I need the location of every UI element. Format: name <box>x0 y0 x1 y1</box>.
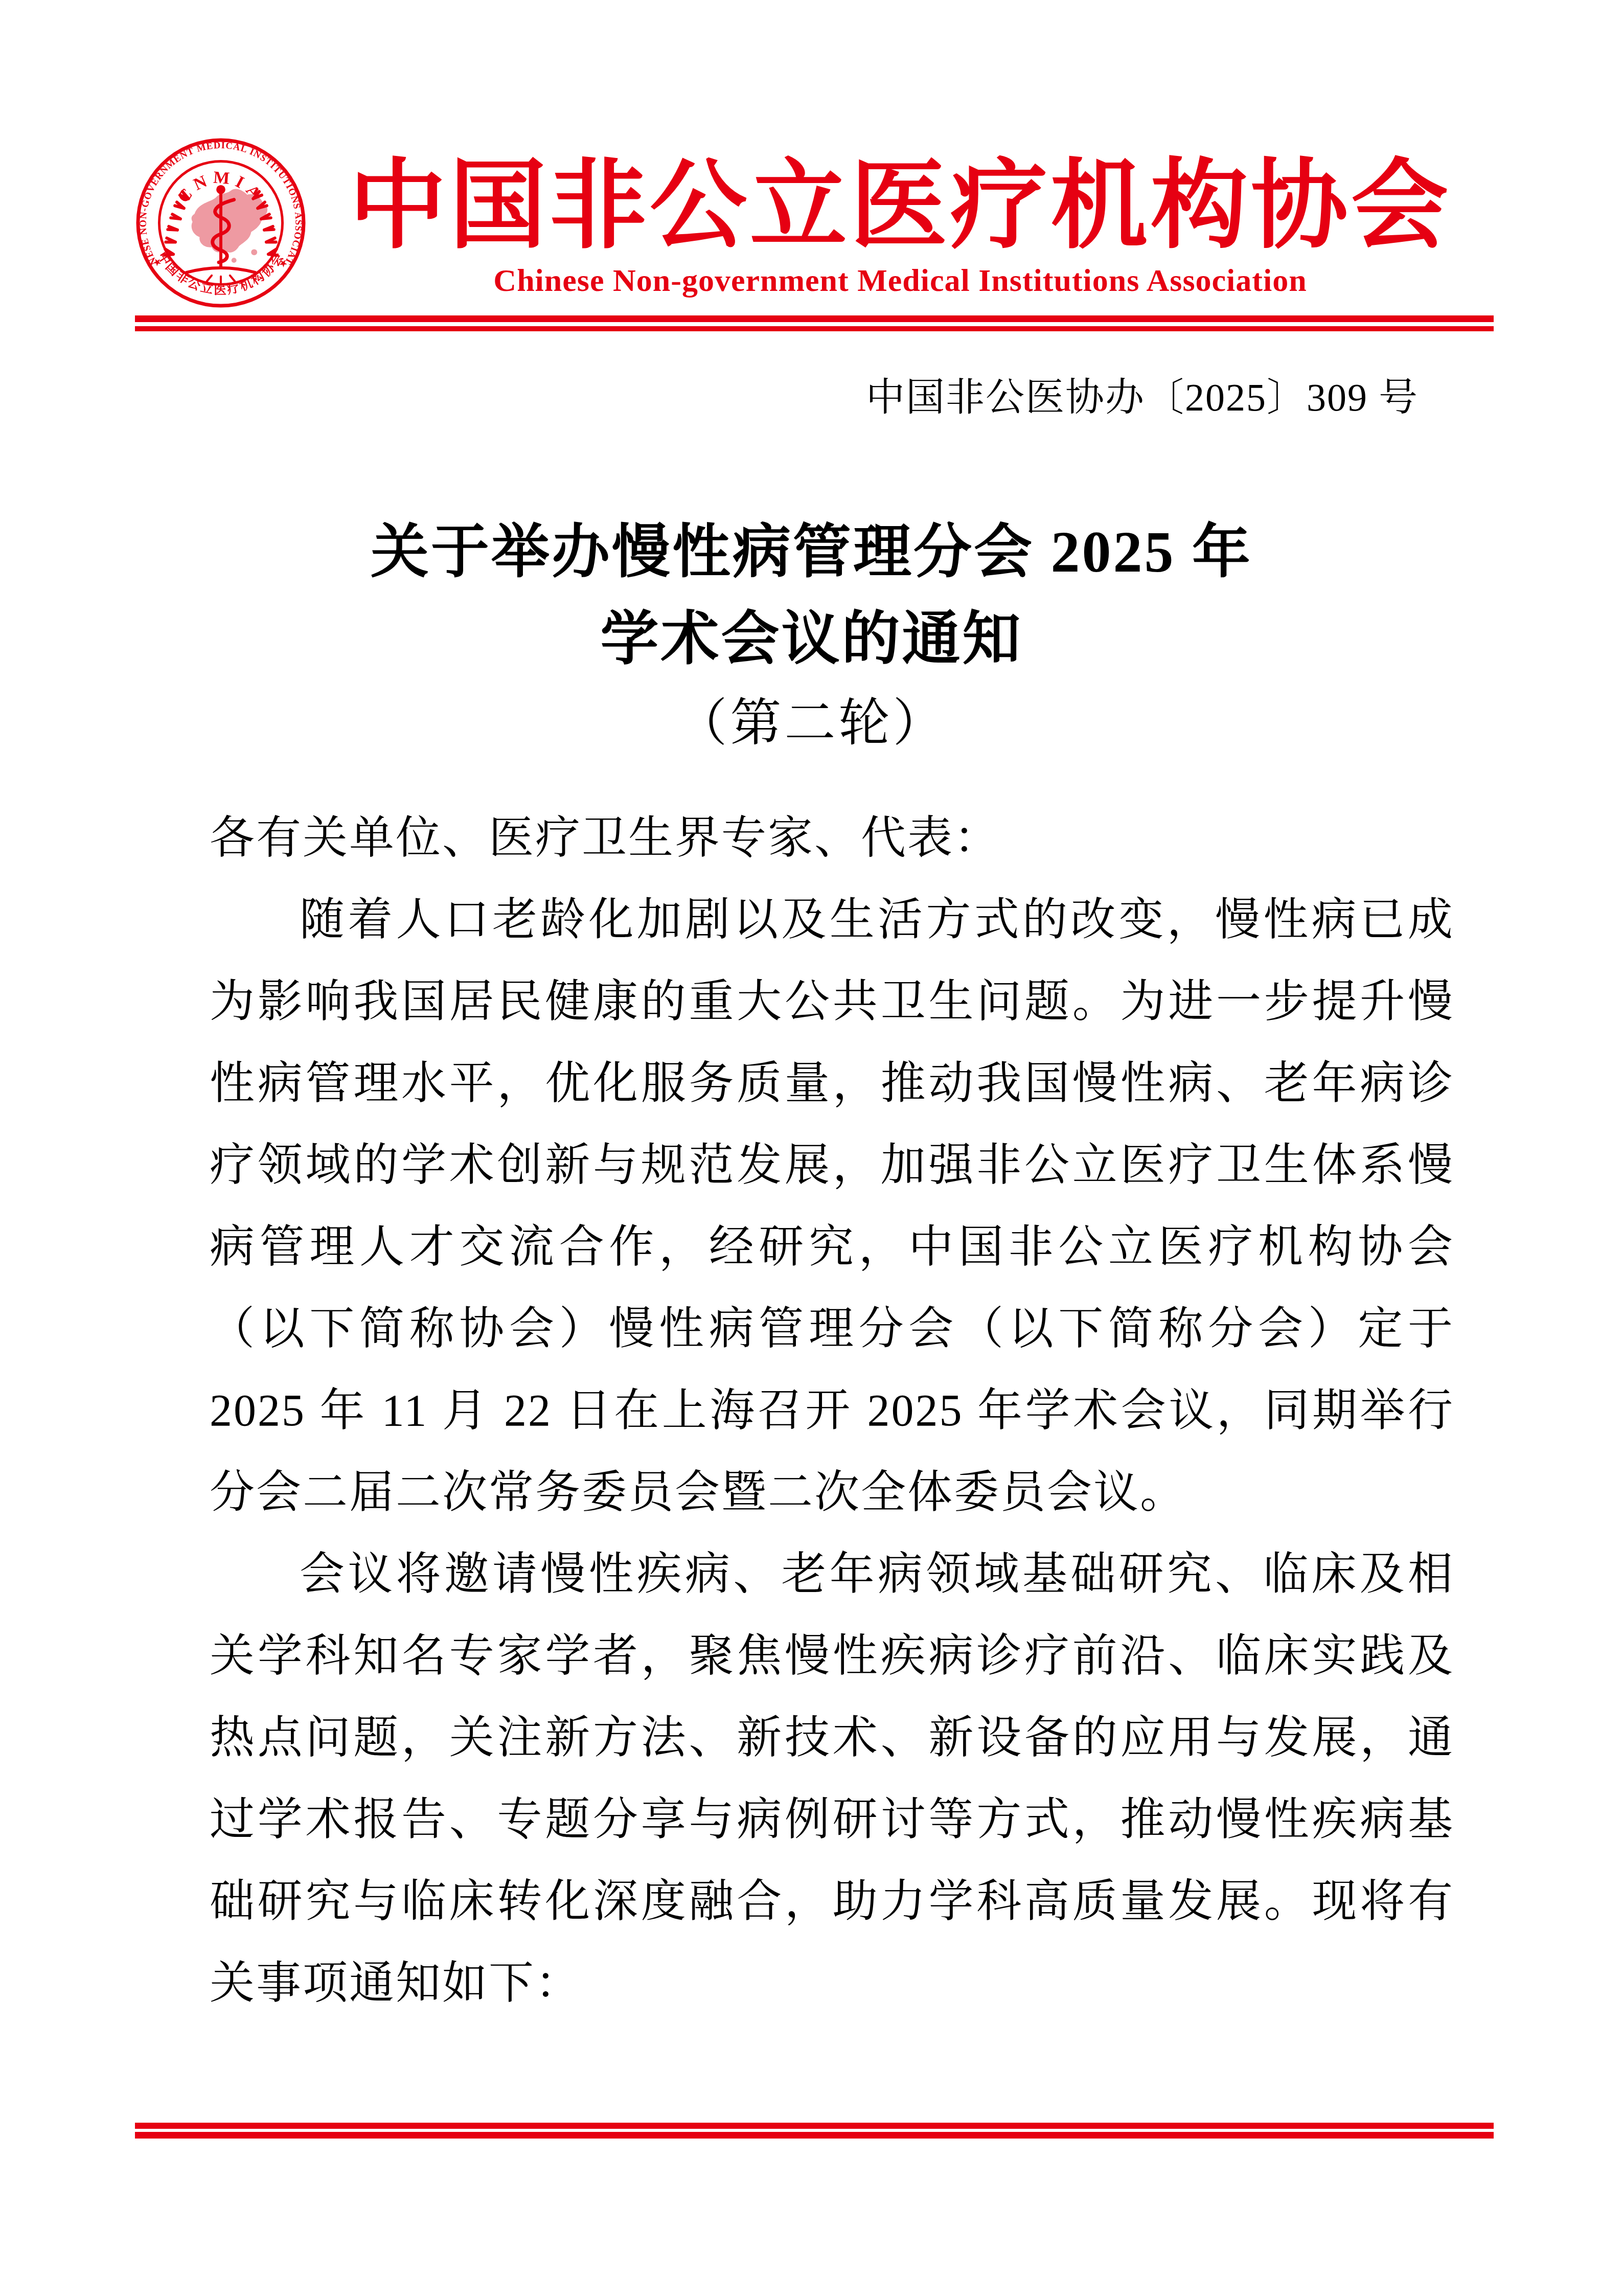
footer-rule-2 <box>135 2132 1494 2139</box>
notice-title: 关于举办慢性病管理分会 2025 年 学术会议的通知 （第二轮） <box>0 509 1623 764</box>
org-name-chinese: 中国非公立医疗机构协会 <box>307 155 1494 258</box>
notice-title-line1: 关于举办慢性病管理分会 2025 年 <box>0 509 1623 596</box>
notice-title-round-label: （第二轮） <box>0 683 1623 764</box>
association-seal-logo: CHINESE NON-GOVERNMENT MEDICAL INSTITUTI… <box>135 137 307 309</box>
org-name-english: Chinese Non-government Medical Instituti… <box>307 264 1494 298</box>
paragraph-2: 会议将邀请慢性疾病、老年病领域基础研究、临床及相关学科知名专家学者，聚焦慢性疾病… <box>210 1534 1454 2025</box>
seal-ground-line <box>187 268 255 272</box>
notice-body: 各有关单位、医疗卫生界专家、代表： 随着人口老龄化加剧以及生活方式的改变，慢性病… <box>210 798 1454 2025</box>
footer-rule-1 <box>135 2123 1494 2129</box>
document-number: 中国非公医协办〔2025〕309 号 <box>866 375 1419 421</box>
china-map-island-1 <box>251 249 257 255</box>
org-name-block: 中国非公立医疗机构协会 Chinese Non-government Medic… <box>307 137 1494 298</box>
salutation: 各有关单位、医疗卫生界专家、代表： <box>210 798 1454 879</box>
notice-title-line2: 学术会议的通知 <box>0 596 1623 683</box>
caduceus-head <box>216 185 225 194</box>
paragraph-1: 随着人口老龄化加剧以及生活方式的改变，慢性病已成为影响我国居民健康的重大公共卫生… <box>210 879 1454 1534</box>
header-rule-thin <box>135 326 1494 331</box>
header-rule-thick <box>135 315 1494 322</box>
document-page: CHINESE NON-GOVERNMENT MEDICAL INSTITUTI… <box>0 0 1623 2296</box>
seal-icon: CHINESE NON-GOVERNMENT MEDICAL INSTITUTI… <box>135 137 307 309</box>
letterhead: CHINESE NON-GOVERNMENT MEDICAL INSTITUTI… <box>135 137 1494 309</box>
china-map-island-2 <box>232 258 237 263</box>
